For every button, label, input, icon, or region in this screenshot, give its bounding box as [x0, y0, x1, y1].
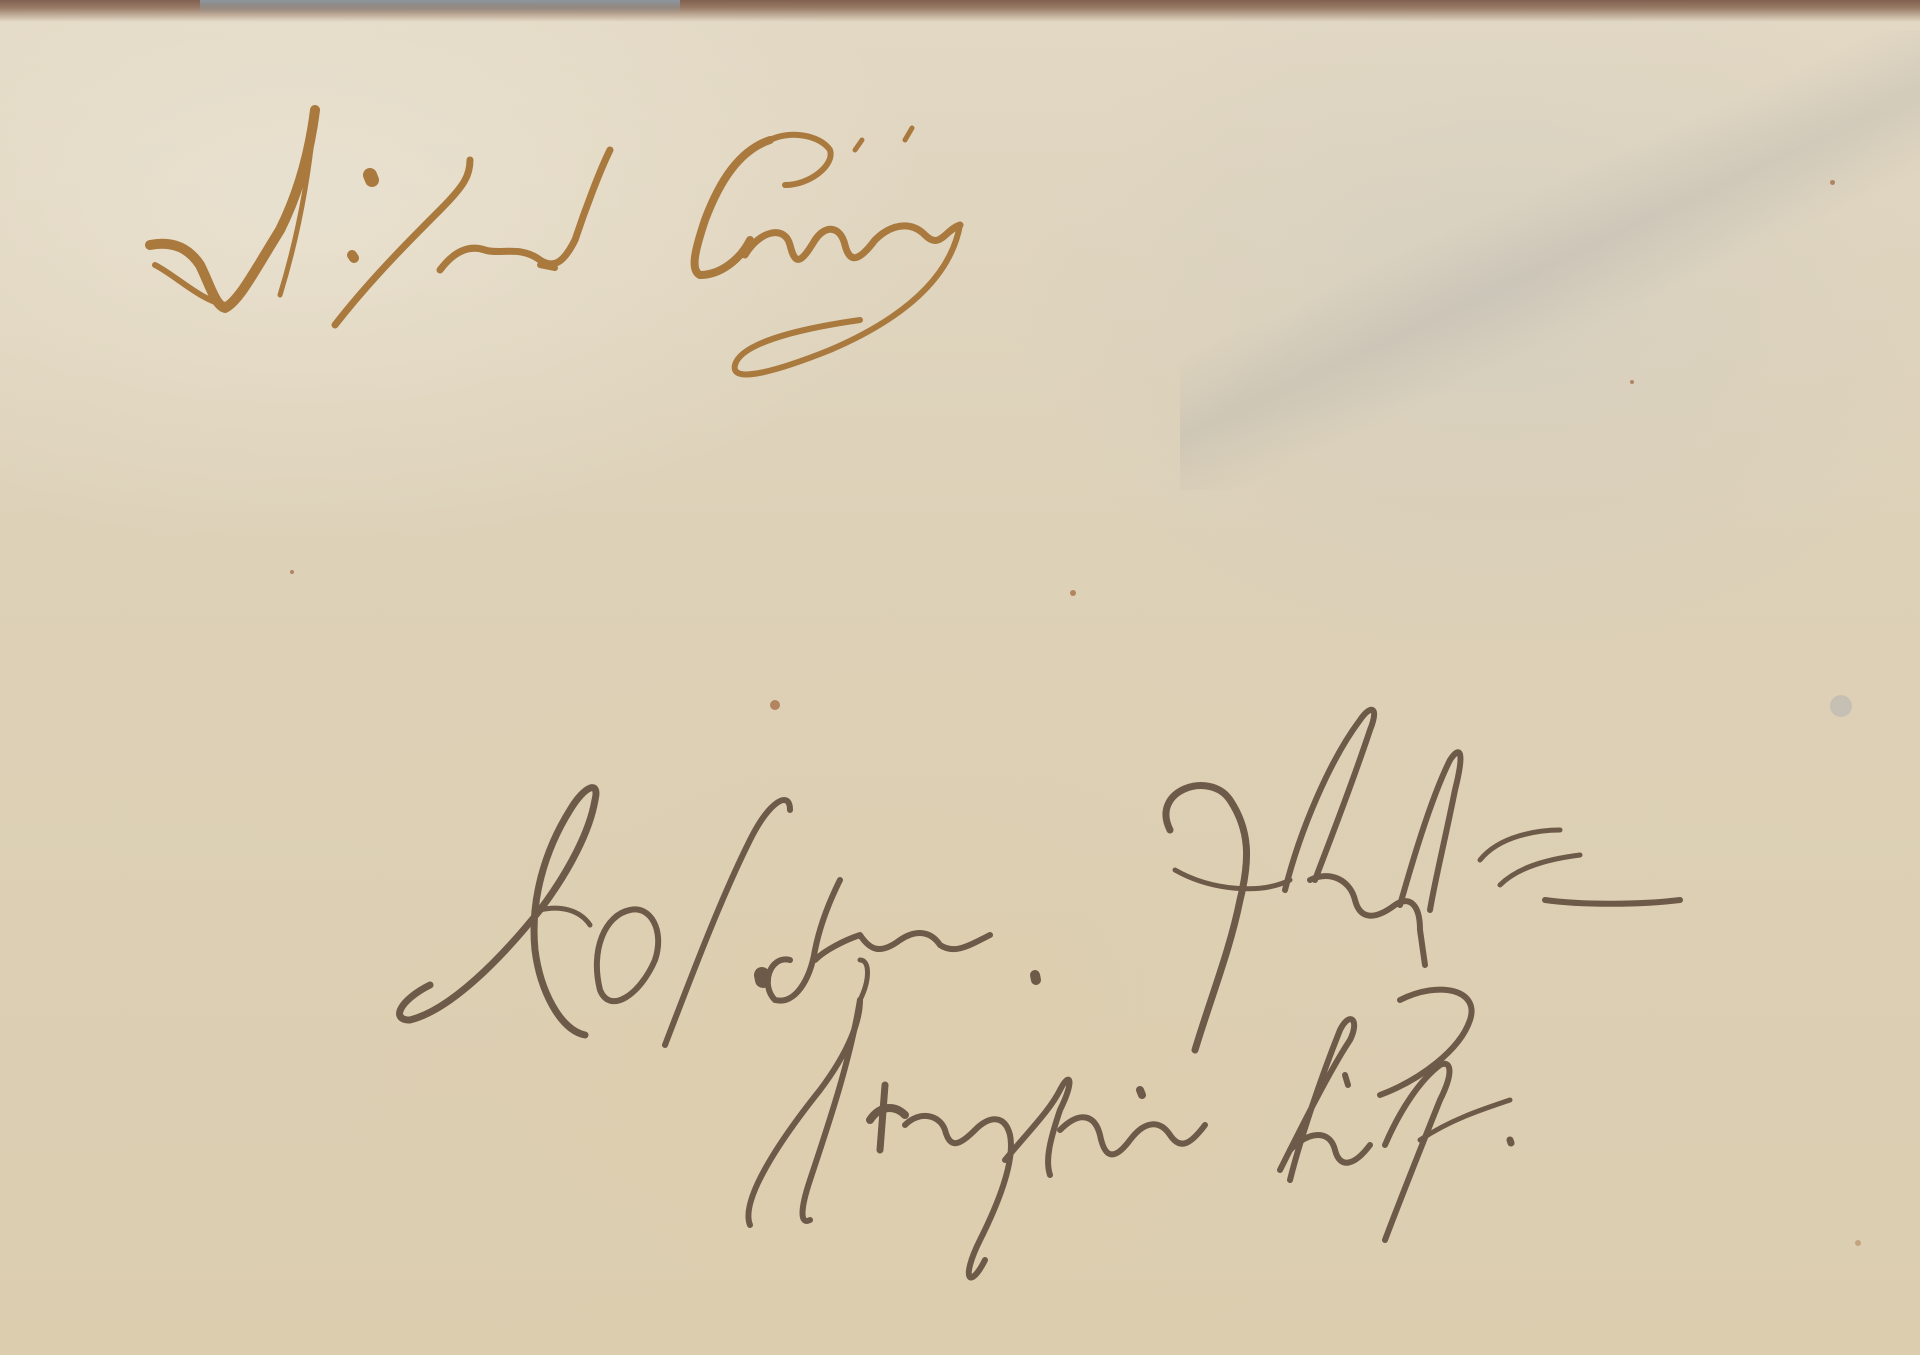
handwriting-strokes [0, 0, 1920, 1355]
title-line2-strokes [748, 960, 1511, 1277]
top-inscription-strokes [150, 110, 960, 374]
manuscript-page: D: Josef Pauer Roß oder Pferde- Arzneibü… [0, 0, 1920, 1355]
title-line1-strokes [400, 710, 1680, 1050]
